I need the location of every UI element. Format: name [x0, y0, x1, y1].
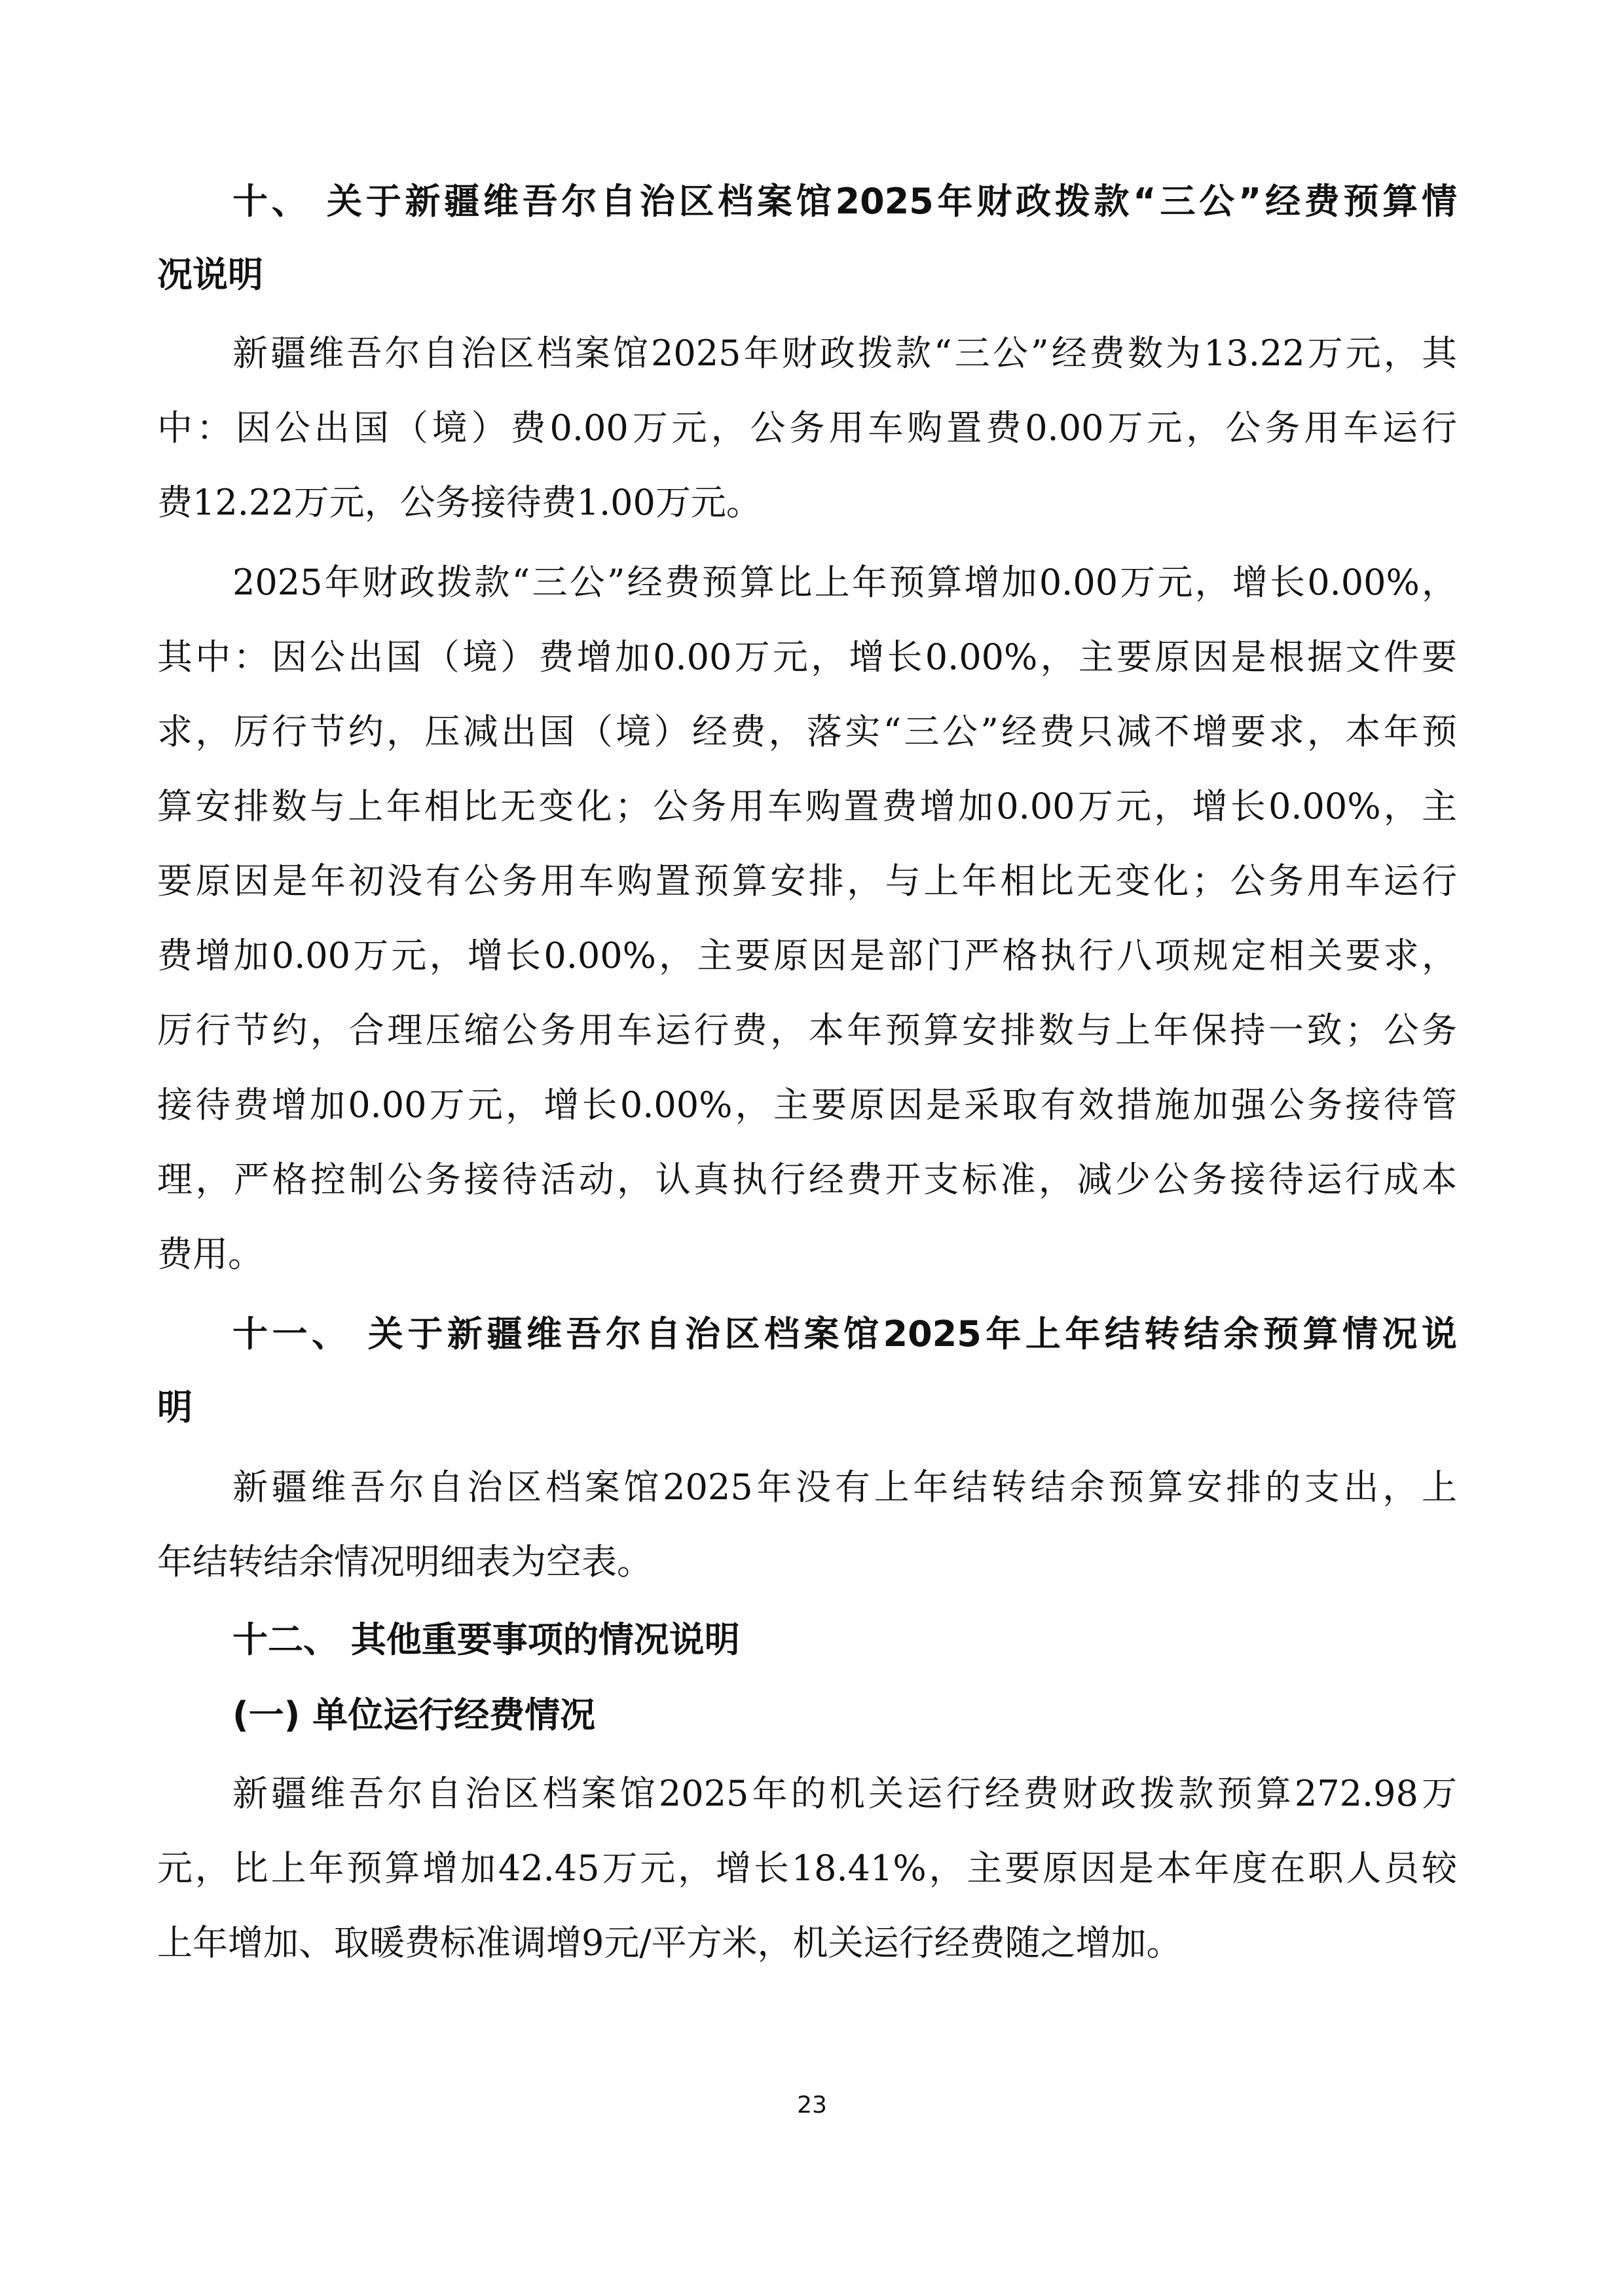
section-10-para-2-line-3: 求，厉行节约，压减出国（境）经费，落实“三公”经费只减不增要求，本年预 [157, 706, 1457, 758]
section-10-para-2-line-2: 其中：因公出国（境）费增加0.00万元，增长0.00%，主要原因是根据文件要 [157, 631, 1457, 683]
section-12-para-1-line-1: 新疆维吾尔自治区档案馆2025年的机关运行经费财政拨款预算272.98万 [232, 1768, 1457, 1820]
section-10-para-2-line-8: 接待费增加0.00万元，增长0.00%，主要原因是采取有效措施加强公务接待管 [157, 1079, 1457, 1131]
section-10-para-2-line-9: 理，严格控制公务接待活动，认真执行经费开支标准，减少公务接待运行成本 [157, 1154, 1457, 1206]
section-10-para-1-line-3: 费12.22万元，公务接待费1.00万元。 [157, 477, 1457, 529]
section-12-para-1-line-3: 上年增加、取暖费标准调增9元/平方米，机关运行经费随之增加。 [157, 1917, 1457, 1969]
section-10-para-2-line-10: 费用。 [157, 1228, 1457, 1281]
section-11-para-1-line-1: 新疆维吾尔自治区档案馆2025年没有上年结转结余预算安排的支出，上 [232, 1461, 1457, 1514]
section-10-heading-line-2: 况说明 [157, 249, 1457, 301]
section-11-heading-line-1: 十一、 关于新疆维吾尔自治区档案馆2025年上年结转结余预算情况说 [232, 1308, 1457, 1360]
section-10-para-2-line-7: 厉行节约，合理压缩公务用车运行费，本年预算安排数与上年保持一致；公务 [157, 1004, 1457, 1057]
section-10-para-2-line-1: 2025年财政拨款“三公”经费预算比上年预算增加0.00万元，增长0.00%， [232, 556, 1457, 609]
section-11-heading-line-2: 明 [157, 1381, 1457, 1434]
section-10-para-2-line-4: 算安排数与上年相比无变化；公务用车购置费增加0.00万元，增长0.00%，主 [157, 780, 1457, 833]
section-10-para-1-line-1: 新疆维吾尔自治区档案馆2025年财政拨款“三公”经费数为13.22万元，其 [232, 327, 1457, 380]
section-12-subheading: (一) 单位运行经费情况 [232, 1689, 1457, 1741]
section-10-para-1-line-2: 中：因公出国（境）费0.00万元，公务用车购置费0.00万元，公务用车运行 [157, 402, 1457, 454]
page-number: 23 [0, 2092, 1624, 2119]
section-11-para-1-line-2: 年结转结余情况明细表为空表。 [157, 1536, 1457, 1588]
section-10-heading-line-1: 十、 关于新疆维吾尔自治区档案馆2025年财政拨款“三公”经费预算情 [232, 175, 1457, 228]
section-12-para-1-line-2: 元，比上年预算增加42.45万元，增长18.41%，主要原因是本年度在职人员较 [157, 1842, 1457, 1895]
section-10-para-2-line-5: 要原因是年初没有公务用车购置预算安排，与上年相比无变化；公务用车运行 [157, 855, 1457, 907]
section-12-heading: 十二、 其他重要事项的情况说明 [232, 1614, 1457, 1666]
section-10-para-2-line-6: 费增加0.00万元，增长0.00%，主要原因是部门严格执行八项规定相关要求， [157, 930, 1457, 982]
